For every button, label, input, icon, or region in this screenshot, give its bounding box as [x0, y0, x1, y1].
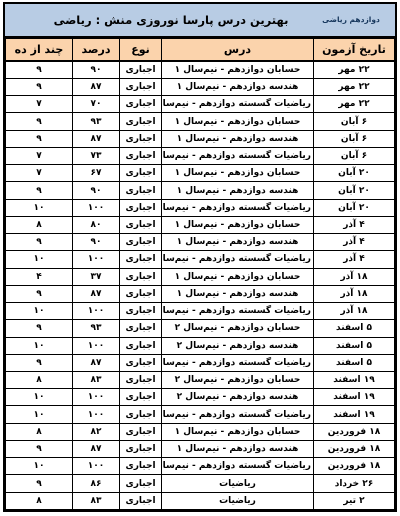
- table-row: ۲۲ مهرریاضیات گسسته دوازدهم - نیم‌سال ۱ا…: [6, 96, 395, 113]
- cell-lesson: حسابان دوازدهم - نیم‌سال ۱: [162, 216, 314, 233]
- cell-score: ۱۰: [6, 406, 73, 423]
- table-row: ۲۲ مهرهندسه دوازدهم - نیم‌سال ۱اجباری۸۷۹: [6, 79, 395, 96]
- cell-score: ۱۰: [6, 199, 73, 216]
- table-row: ۲۲ مهرحسابان دوازدهم - نیم‌سال ۱اجباری۹۰…: [6, 61, 395, 79]
- cell-date: ۲۲ مهر: [314, 79, 395, 96]
- cell-type: اجباری: [120, 61, 162, 79]
- cell-score: ۹: [6, 182, 73, 199]
- cell-lesson: هندسه دوازدهم - نیم‌سال ۱: [162, 130, 314, 147]
- cell-date: ۱۸ آذر: [314, 285, 395, 302]
- cell-percent: ۹۰: [73, 61, 120, 79]
- cell-type: اجباری: [120, 337, 162, 354]
- column-header-score: چند از ده: [6, 39, 73, 61]
- cell-type: اجباری: [120, 440, 162, 457]
- cell-lesson: ریاضیات گسسته دوازدهم - نیم‌سال ۱: [162, 96, 314, 113]
- cell-percent: ۷۳: [73, 147, 120, 164]
- cell-lesson: ریاضیات گسسته دوازدهم - نیم‌سال ۱: [162, 303, 314, 320]
- cell-percent: ۸۲: [73, 423, 120, 440]
- exam-report: دوازدهم ریاضی بهترین درس پارسا نوروزی من…: [3, 2, 397, 512]
- cell-score: ۸: [6, 423, 73, 440]
- cell-date: ۱۸ آذر: [314, 303, 395, 320]
- cell-lesson: هندسه دوازدهم - نیم‌سال ۱: [162, 440, 314, 457]
- cell-lesson: ریاضیات: [162, 475, 314, 492]
- cell-type: اجباری: [120, 113, 162, 130]
- table-row: ۱۹ اسفندهندسه دوازدهم - نیم‌سال ۲اجباری۱…: [6, 389, 395, 406]
- cell-date: ۶ آبان: [314, 113, 395, 130]
- cell-percent: ۱۰۰: [73, 458, 120, 475]
- cell-date: ۵ اسفند: [314, 320, 395, 337]
- table-row: ۱۸ فروردینهندسه دوازدهم - نیم‌سال ۱اجبار…: [6, 440, 395, 457]
- cell-score: ۹: [6, 285, 73, 302]
- table-row: ۴ آذرریاضیات گسسته دوازدهم - نیم‌سال ۱اج…: [6, 251, 395, 268]
- cell-percent: ۹۳: [73, 113, 120, 130]
- column-header-date: تاریخ آزمون: [314, 39, 395, 61]
- column-header-percent: درصد: [73, 39, 120, 61]
- cell-score: ۱۰: [6, 337, 73, 354]
- cell-score: ۴: [6, 268, 73, 285]
- cell-lesson: حسابان دوازدهم - نیم‌سال ۱: [162, 423, 314, 440]
- cell-percent: ۸۷: [73, 130, 120, 147]
- cell-percent: ۸۶: [73, 475, 120, 492]
- cell-percent: ۱۰۰: [73, 406, 120, 423]
- cell-type: اجباری: [120, 285, 162, 302]
- cell-percent: ۶۷: [73, 165, 120, 182]
- table-row: ۶ آبانریاضیات گسسته دوازدهم - نیم‌سال ۱ا…: [6, 147, 395, 164]
- report-title: بهترین درس پارسا نوروزی منش : ریاضی: [5, 13, 307, 27]
- cell-type: اجباری: [120, 147, 162, 164]
- cell-date: ۱۹ اسفند: [314, 389, 395, 406]
- cell-score: ۷: [6, 147, 73, 164]
- cell-type: اجباری: [120, 406, 162, 423]
- cell-date: ۵ اسفند: [314, 354, 395, 371]
- cell-score: ۹: [6, 320, 73, 337]
- cell-lesson: ریاضیات گسسته دوازدهم - نیم‌سال ۲: [162, 406, 314, 423]
- table-row: ۵ اسفندحسابان دوازدهم - نیم‌سال ۲اجباری۹…: [6, 320, 395, 337]
- cell-percent: ۹۰: [73, 182, 120, 199]
- cell-score: ۹: [6, 440, 73, 457]
- cell-percent: ۸۷: [73, 79, 120, 96]
- cell-lesson: حسابان دوازدهم - نیم‌سال ۲: [162, 320, 314, 337]
- cell-date: ۱۸ فروردین: [314, 423, 395, 440]
- cell-type: اجباری: [120, 423, 162, 440]
- table-row: ۱۸ آذرریاضیات گسسته دوازدهم - نیم‌سال ۱ا…: [6, 303, 395, 320]
- table-row: ۲۰ آبانحسابان دوازدهم - نیم‌سال ۱اجباری۶…: [6, 165, 395, 182]
- table-row: ۱۸ فروردینریاضیات گسسته دوازدهم - نیم‌سا…: [6, 458, 395, 475]
- title-bar: دوازدهم ریاضی بهترین درس پارسا نوروزی من…: [5, 4, 395, 38]
- cell-lesson: ریاضیات گسسته دوازدهم - نیم‌سال ۱: [162, 147, 314, 164]
- cell-date: ۴ آذر: [314, 216, 395, 233]
- cell-type: اجباری: [120, 372, 162, 389]
- exam-table: تاریخ آزمون درس نوع درصد چند از ده ۲۲ مه…: [5, 38, 395, 510]
- cell-lesson: ریاضیات گسسته دوازدهم - نیم‌سال ۱: [162, 199, 314, 216]
- column-header-type: نوع: [120, 39, 162, 61]
- cell-date: ۲۲ مهر: [314, 96, 395, 113]
- cell-percent: ۸۰: [73, 216, 120, 233]
- cell-score: ۷: [6, 96, 73, 113]
- cell-percent: ۱۰۰: [73, 337, 120, 354]
- table-row: ۴ آذرهندسه دوازدهم - نیم‌سال ۱اجباری۹۰۹: [6, 234, 395, 251]
- cell-date: ۲۶ خرداد: [314, 475, 395, 492]
- header-row: تاریخ آزمون درس نوع درصد چند از ده: [6, 39, 395, 61]
- cell-date: ۲۰ آبان: [314, 199, 395, 216]
- cell-date: ۴ آذر: [314, 251, 395, 268]
- cell-lesson: ریاضیات گسسته دوازدهم - نیم‌سال ۱: [162, 458, 314, 475]
- cell-percent: ۱۰۰: [73, 251, 120, 268]
- cell-type: اجباری: [120, 268, 162, 285]
- cell-percent: ۱۰۰: [73, 199, 120, 216]
- cell-type: اجباری: [120, 389, 162, 406]
- cell-score: ۸: [6, 492, 73, 509]
- cell-score: ۱۰: [6, 251, 73, 268]
- cell-type: اجباری: [120, 475, 162, 492]
- cell-type: اجباری: [120, 234, 162, 251]
- cell-date: ۱۹ اسفند: [314, 372, 395, 389]
- cell-lesson: هندسه دوازدهم - نیم‌سال ۱: [162, 234, 314, 251]
- cell-type: اجباری: [120, 182, 162, 199]
- cell-percent: ۸۷: [73, 440, 120, 457]
- cell-type: اجباری: [120, 165, 162, 182]
- cell-lesson: حسابان دوازدهم - نیم‌سال ۱: [162, 165, 314, 182]
- cell-lesson: ریاضیات: [162, 492, 314, 509]
- cell-type: اجباری: [120, 199, 162, 216]
- cell-type: اجباری: [120, 79, 162, 96]
- table-row: ۱۹ اسفندریاضیات گسسته دوازدهم - نیم‌سال …: [6, 406, 395, 423]
- cell-lesson: ریاضیات گسسته دوازدهم - نیم‌سال ۲: [162, 354, 314, 371]
- table-row: ۵ اسفندریاضیات گسسته دوازدهم - نیم‌سال ۲…: [6, 354, 395, 371]
- cell-date: ۴ آذر: [314, 234, 395, 251]
- cell-lesson: ریاضیات گسسته دوازدهم - نیم‌سال ۱: [162, 251, 314, 268]
- cell-lesson: حسابان دوازدهم - نیم‌سال ۱: [162, 113, 314, 130]
- cell-date: ۱۸ فروردین: [314, 458, 395, 475]
- cell-percent: ۱۰۰: [73, 303, 120, 320]
- cell-score: ۹: [6, 130, 73, 147]
- cell-type: اجباری: [120, 303, 162, 320]
- cell-date: ۶ آبان: [314, 147, 395, 164]
- table-row: ۴ آذرحسابان دوازدهم - نیم‌سال ۱اجباری۸۰۸: [6, 216, 395, 233]
- cell-score: ۹: [6, 79, 73, 96]
- cell-percent: ۹۰: [73, 234, 120, 251]
- cell-percent: ۸۳: [73, 492, 120, 509]
- cell-type: اجباری: [120, 130, 162, 147]
- table-row: ۱۹ اسفندحسابان دوازدهم - نیم‌سال ۲اجباری…: [6, 372, 395, 389]
- cell-score: ۹: [6, 475, 73, 492]
- table-row: ۶ آبانهندسه دوازدهم - نیم‌سال ۱اجباری۸۷۹: [6, 130, 395, 147]
- table-row: ۲۰ آبانریاضیات گسسته دوازدهم - نیم‌سال ۱…: [6, 199, 395, 216]
- cell-type: اجباری: [120, 216, 162, 233]
- cell-percent: ۷۰: [73, 96, 120, 113]
- table-row: ۱۸ آذرحسابان دوازدهم - نیم‌سال ۱اجباری۳۷…: [6, 268, 395, 285]
- cell-score: ۹: [6, 234, 73, 251]
- cell-type: اجباری: [120, 96, 162, 113]
- table-row: ۲ تیرریاضیاتاجباری۸۳۸: [6, 492, 395, 509]
- cell-score: ۱۰: [6, 303, 73, 320]
- cell-score: ۸: [6, 216, 73, 233]
- cell-lesson: هندسه دوازدهم - نیم‌سال ۱: [162, 182, 314, 199]
- cell-score: ۸: [6, 372, 73, 389]
- grade-label: دوازدهم ریاضی: [307, 16, 395, 24]
- table-row: ۵ اسفندهندسه دوازدهم - نیم‌سال ۲اجباری۱۰…: [6, 337, 395, 354]
- cell-date: ۲ تیر: [314, 492, 395, 509]
- cell-percent: ۱۰۰: [73, 389, 120, 406]
- exam-table-body: ۲۲ مهرحسابان دوازدهم - نیم‌سال ۱اجباری۹۰…: [6, 61, 395, 510]
- cell-date: ۲۰ آبان: [314, 165, 395, 182]
- table-row: ۶ آبانحسابان دوازدهم - نیم‌سال ۱اجباری۹۳…: [6, 113, 395, 130]
- cell-type: اجباری: [120, 354, 162, 371]
- cell-type: اجباری: [120, 320, 162, 337]
- table-row: ۱۸ فروردینحسابان دوازدهم - نیم‌سال ۱اجبا…: [6, 423, 395, 440]
- table-row: ۲۰ آبانهندسه دوازدهم - نیم‌سال ۱اجباری۹۰…: [6, 182, 395, 199]
- cell-date: ۲۲ مهر: [314, 61, 395, 79]
- cell-date: ۱۸ فروردین: [314, 440, 395, 457]
- cell-lesson: حسابان دوازدهم - نیم‌سال ۱: [162, 268, 314, 285]
- cell-percent: ۸۳: [73, 372, 120, 389]
- cell-date: ۲۰ آبان: [314, 182, 395, 199]
- cell-date: ۱۸ آذر: [314, 268, 395, 285]
- cell-lesson: هندسه دوازدهم - نیم‌سال ۱: [162, 285, 314, 302]
- cell-type: اجباری: [120, 458, 162, 475]
- column-header-lesson: درس: [162, 39, 314, 61]
- cell-percent: ۸۷: [73, 285, 120, 302]
- cell-score: ۱۰: [6, 389, 73, 406]
- cell-percent: ۸۷: [73, 354, 120, 371]
- cell-score: ۹: [6, 113, 73, 130]
- cell-score: ۹: [6, 61, 73, 79]
- cell-lesson: هندسه دوازدهم - نیم‌سال ۱: [162, 79, 314, 96]
- cell-type: اجباری: [120, 251, 162, 268]
- cell-percent: ۳۷: [73, 268, 120, 285]
- table-row: ۱۸ آذرهندسه دوازدهم - نیم‌سال ۱اجباری۸۷۹: [6, 285, 395, 302]
- cell-lesson: حسابان دوازدهم - نیم‌سال ۱: [162, 61, 314, 79]
- cell-score: ۱۰: [6, 458, 73, 475]
- cell-date: ۶ آبان: [314, 130, 395, 147]
- table-row: ۲۶ خردادریاضیاتاجباری۸۶۹: [6, 475, 395, 492]
- cell-date: ۵ اسفند: [314, 337, 395, 354]
- cell-percent: ۹۳: [73, 320, 120, 337]
- cell-lesson: هندسه دوازدهم - نیم‌سال ۲: [162, 389, 314, 406]
- cell-lesson: هندسه دوازدهم - نیم‌سال ۲: [162, 337, 314, 354]
- cell-date: ۱۹ اسفند: [314, 406, 395, 423]
- cell-lesson: حسابان دوازدهم - نیم‌سال ۲: [162, 372, 314, 389]
- cell-type: اجباری: [120, 492, 162, 509]
- cell-score: ۷: [6, 165, 73, 182]
- cell-score: ۹: [6, 354, 73, 371]
